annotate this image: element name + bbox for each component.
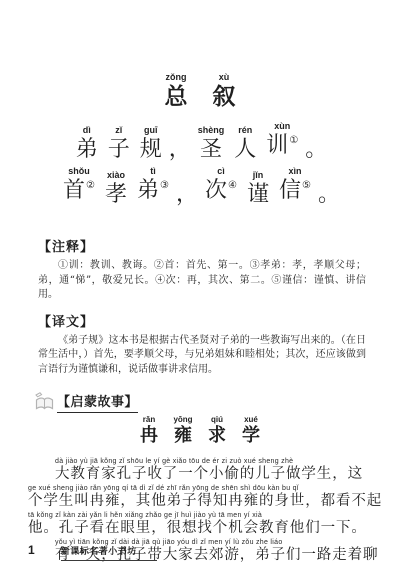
- pinyin-text: [169, 125, 191, 137]
- hanzi-text: 首②: [63, 178, 95, 208]
- pinyin-text: tì: [137, 166, 169, 178]
- story-badge-label: 【启蒙故事】: [57, 391, 138, 413]
- hanzi-text: 规: [140, 137, 162, 163]
- pinyin-text: [305, 125, 327, 137]
- book-page: zǒng总xù叙 dì弟zǐ子guī规 ，shèng圣rén人xùn训① 。sh…: [0, 0, 400, 579]
- ruby-syllable: xù叙: [200, 72, 248, 110]
- hanzi-text: 求: [200, 425, 234, 447]
- pinyin-text: [318, 170, 340, 182]
- story-line-text: 个学生叫冉雍，其他弟子得知冉雍的身世，都看不起: [28, 493, 372, 510]
- hanzi-text: 学: [234, 425, 268, 447]
- ruby-syllable: rén人: [229, 125, 261, 163]
- note-ref-mark: ②: [86, 180, 95, 191]
- hanzi-text: 孝: [105, 182, 127, 208]
- ruby-syllable: xiào孝: [100, 170, 132, 208]
- ruby-syllable: qiú求: [200, 415, 234, 447]
- notes-heading: 【注释】: [38, 236, 366, 255]
- pinyin-text: xiào: [105, 170, 127, 182]
- pinyin-text: rén: [234, 125, 256, 137]
- hanzi-text: 训①: [266, 133, 298, 163]
- ruby-syllable: ，: [167, 125, 193, 163]
- story-line-text: 大教育家孔子收了一个小偷的儿子做学生，这: [55, 466, 372, 483]
- ruby-syllable: dì弟: [71, 125, 103, 163]
- ruby-syllable: shèng圣: [193, 125, 230, 163]
- ruby-syllable: 。: [303, 125, 329, 163]
- hanzi-text: 次④: [205, 178, 237, 208]
- ruby-syllable: ，: [174, 170, 200, 208]
- story-line: ge xué sheng jiào rǎn yōng qí tā dì zǐ d…: [28, 484, 372, 510]
- story-line-pinyin: dà jiào yù jiā kǒng zǐ shōu le yí gè xiǎ…: [55, 457, 372, 466]
- hanzi-text: 弟③: [137, 178, 169, 208]
- book-series-title: 新课标名著小书坊: [61, 544, 157, 561]
- page-number: 1: [28, 543, 35, 557]
- pinyin-text: jǐn: [247, 170, 269, 182]
- pinyin-text: zǐ: [108, 125, 130, 137]
- hanzi-text: 叙: [200, 84, 248, 110]
- ruby-syllable: jǐn谨: [242, 170, 274, 208]
- ruby-syllable: cì次④: [200, 166, 242, 208]
- pinyin-text: xùn: [266, 121, 298, 133]
- pinyin-text: xué: [234, 415, 268, 425]
- note-ref-mark: ①: [289, 135, 298, 146]
- ruby-syllable: zǒng总: [152, 72, 200, 110]
- ruby-syllable: xué学: [234, 415, 268, 447]
- hanzi-text: 圣: [198, 137, 225, 163]
- verse: dì弟zǐ子guī规 ，shèng圣rén人xùn训① 。shǒu首②xiào孝…: [0, 121, 400, 208]
- pinyin-text: yōng: [166, 415, 200, 425]
- notes-body: ①训：教训、教诲。②首：首先、第一。③孝弟：孝，孝顺父母；弟，通“悌”，敬爱兄长…: [38, 259, 366, 303]
- hanzi-text: 。: [305, 137, 327, 163]
- verse-line: dì弟zǐ子guī规 ，shèng圣rén人xùn训① 。: [0, 121, 400, 163]
- pinyin-text: guī: [140, 125, 162, 137]
- ruby-syllable: rǎn冉: [132, 415, 166, 447]
- hanzi-text: 。: [318, 182, 340, 208]
- story-badge: 【启蒙故事】: [32, 391, 400, 413]
- pinyin-text: qiú: [200, 415, 234, 425]
- translation-body: 《弟子规》这本书是根据古代圣贤对子弟的一些教诲写出来的。（在日常生活中，）首先，…: [38, 334, 366, 378]
- open-book-pencil-icon: [32, 392, 56, 413]
- pinyin-text: rǎn: [132, 415, 166, 425]
- hanzi-text: 雍: [166, 425, 200, 447]
- ruby-syllable: tì弟③: [132, 166, 174, 208]
- ruby-syllable: xùn训①: [261, 121, 303, 163]
- section-title-zongxu: zǒng总xù叙: [0, 0, 400, 110]
- hanzi-text: 信⑤: [279, 178, 311, 208]
- pinyin-text: cì: [205, 166, 237, 178]
- story-line-pinyin: tā kǒng zǐ kàn zài yǎn li hěn xiǎng zhǎo…: [28, 511, 372, 520]
- hanzi-text: 冉: [132, 425, 166, 447]
- ruby-syllable: guī规: [135, 125, 167, 163]
- pinyin-text: xìn: [279, 166, 311, 178]
- ruby-syllable: xìn信⑤: [274, 166, 316, 208]
- ruby-syllable: yōng雍: [166, 415, 200, 447]
- hanzi-text: 人: [234, 137, 256, 163]
- note-ref-mark: ④: [228, 180, 237, 191]
- hanzi-text: ，: [176, 182, 198, 208]
- pinyin-text: dì: [76, 125, 98, 137]
- pinyin-text: shèng: [198, 125, 225, 137]
- ruby-syllable: shǒu首②: [58, 166, 100, 208]
- pinyin-text: [176, 170, 198, 182]
- ruby-syllable: zǐ子: [103, 125, 135, 163]
- story-line: dà jiào yù jiā kǒng zǐ shōu le yí gè xiǎ…: [28, 457, 372, 483]
- notes-section: 【注释】 ①训：教训、教诲。②首：首先、第一。③孝弟：孝，孝顺父母；弟，通“悌”…: [0, 236, 400, 303]
- story-line: tā kǒng zǐ kàn zài yǎn li hěn xiǎng zhǎo…: [28, 511, 372, 537]
- page-footer: 1 新课标名著小书坊: [28, 543, 157, 561]
- translation-heading: 【译文】: [38, 311, 366, 330]
- story-line-pinyin: ge xué sheng jiào rǎn yōng qí tā dì zǐ d…: [28, 484, 372, 493]
- hanzi-text: ，: [169, 137, 191, 163]
- hanzi-text: 弟: [76, 137, 98, 163]
- hanzi-text: 总: [152, 84, 200, 110]
- story-line-text: 他。孔子看在眼里，很想找个机会教育他们一下。: [28, 520, 372, 537]
- pinyin-text: shǒu: [63, 166, 95, 178]
- hanzi-text: 谨: [247, 182, 269, 208]
- story-title: rǎn冉yōng雍qiú求xué学: [0, 415, 400, 447]
- hanzi-text: 子: [108, 137, 130, 163]
- note-ref-mark: ⑤: [302, 180, 311, 191]
- translation-section: 【译文】 《弟子规》这本书是根据古代圣贤对子弟的一些教诲写出来的。（在日常生活中…: [0, 311, 400, 378]
- note-ref-mark: ③: [160, 180, 169, 191]
- ruby-syllable: 。: [316, 170, 342, 208]
- verse-line: shǒu首②xiào孝tì弟③ ，cì次④jǐn谨xìn信⑤ 。: [0, 166, 400, 208]
